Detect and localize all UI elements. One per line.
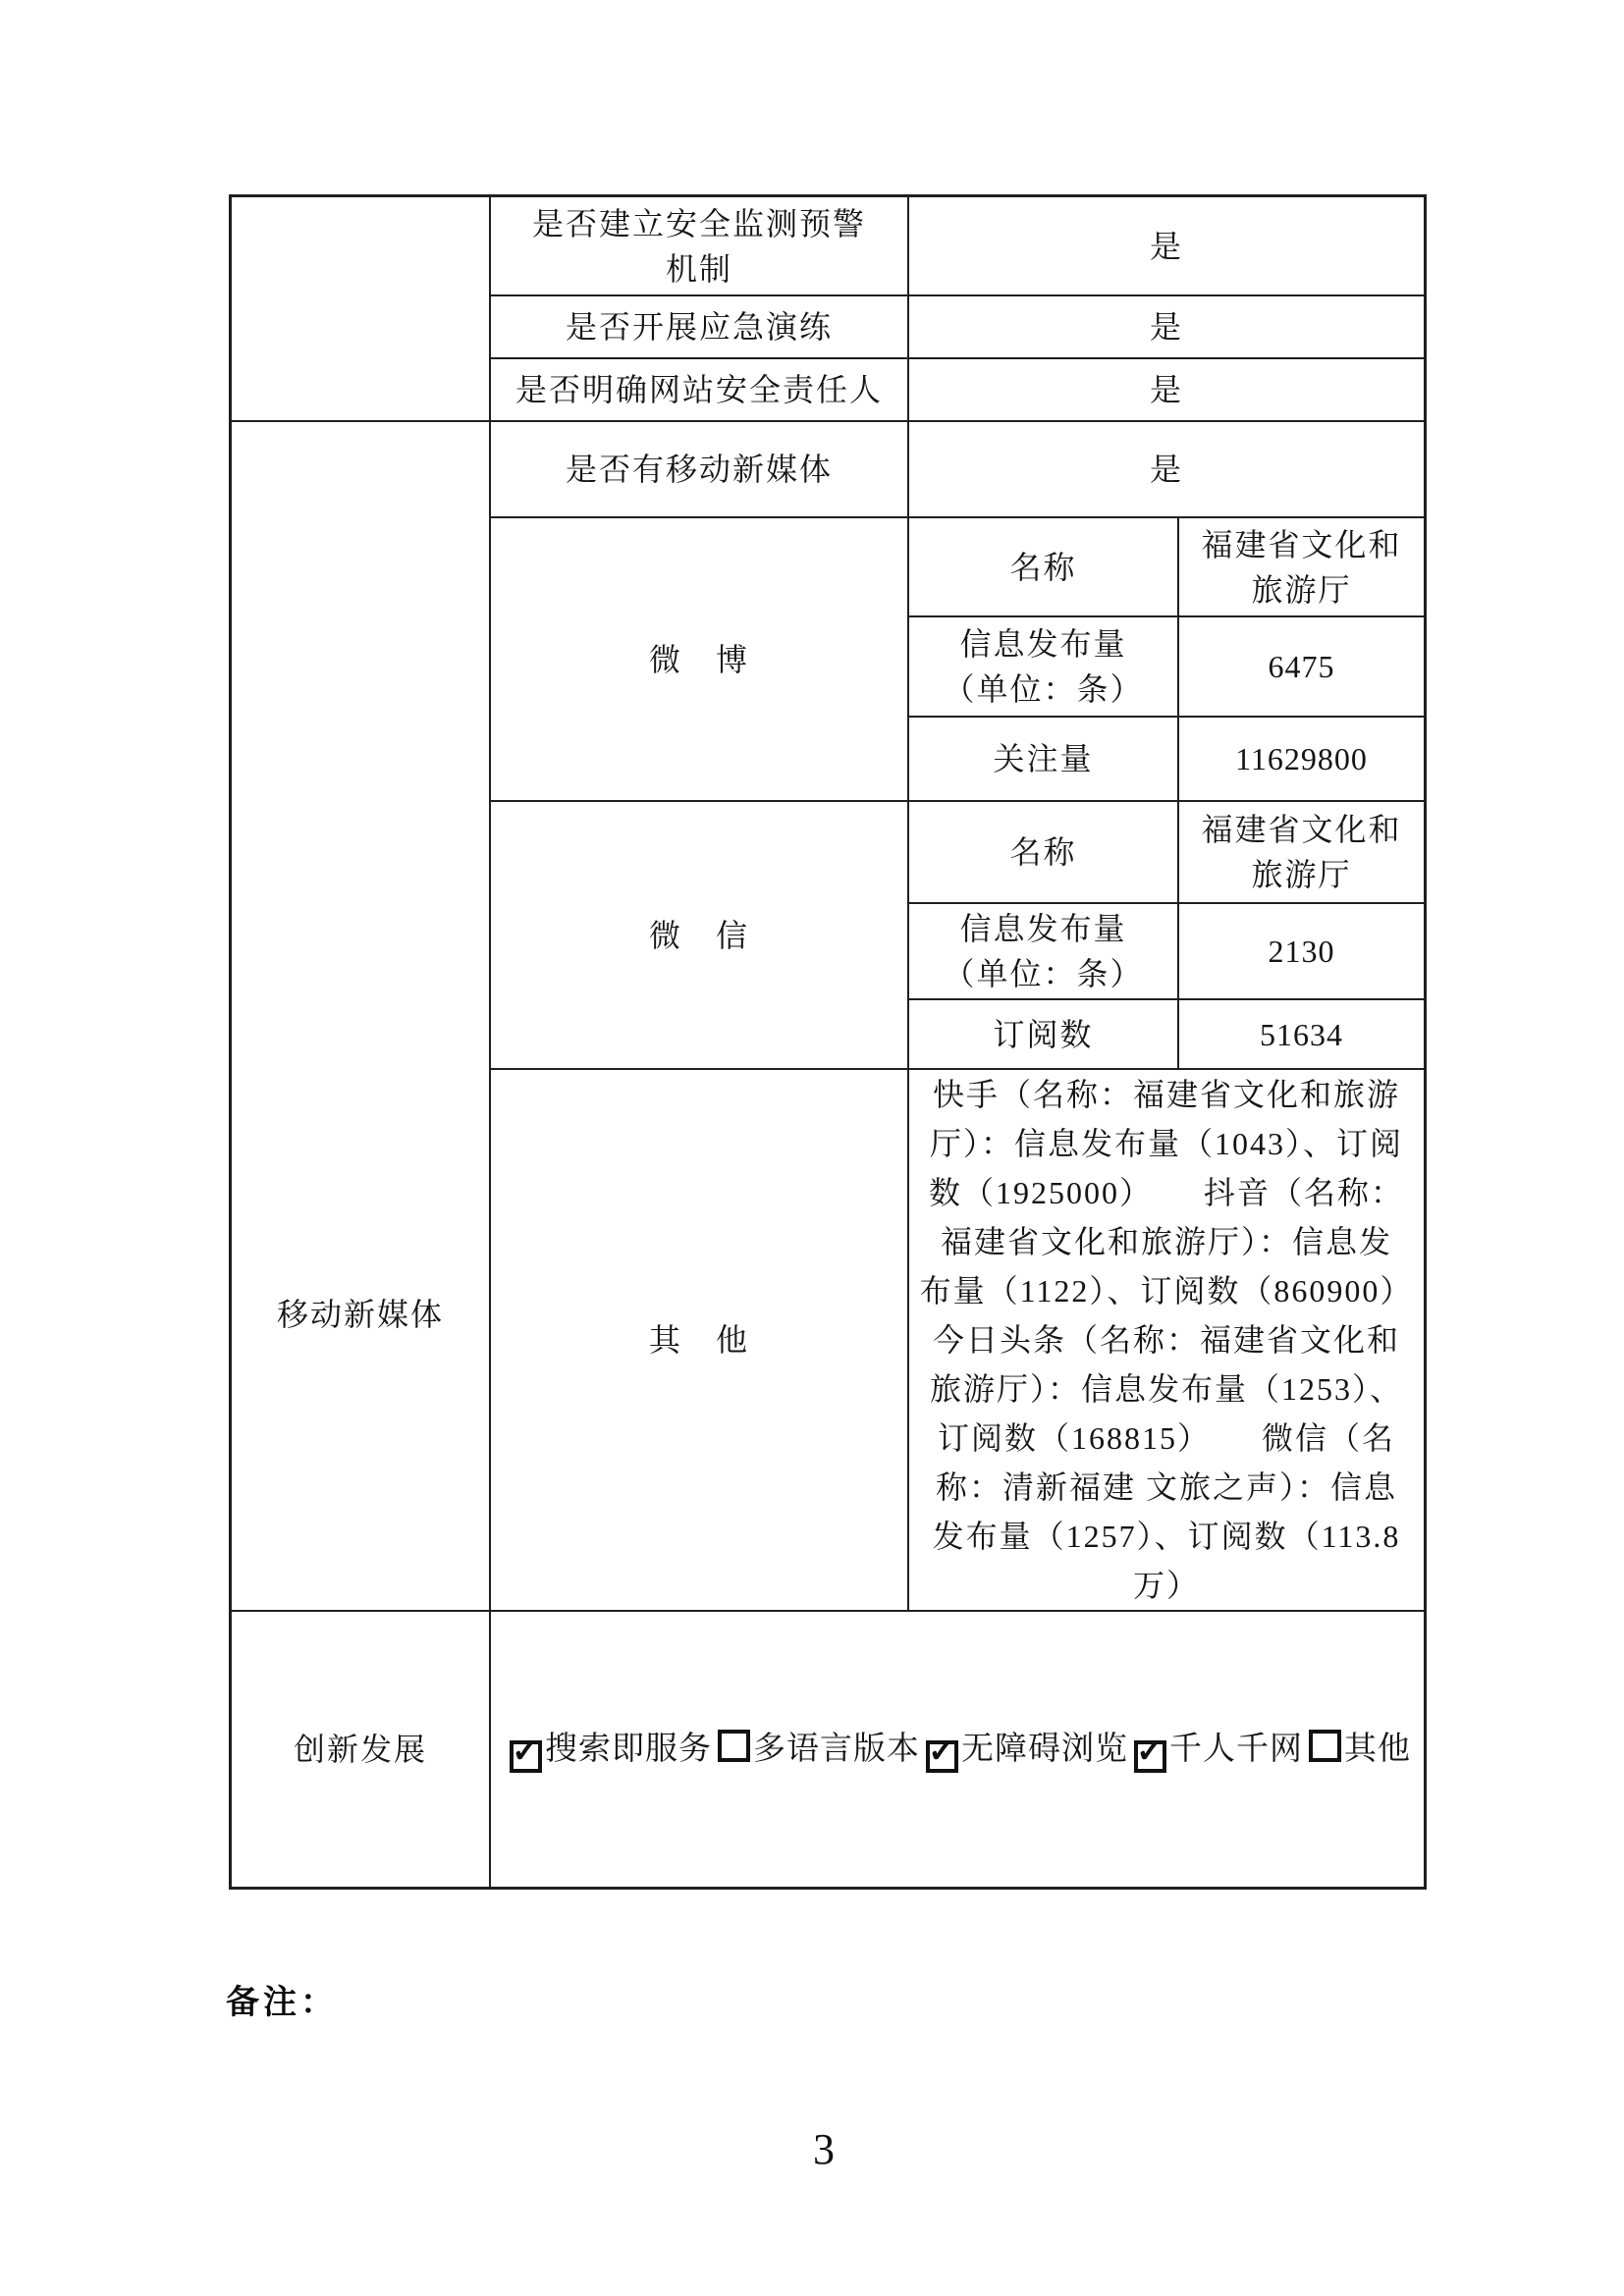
innovation-label: 创新发展 [232, 1612, 491, 1887]
innovation-option-label: 其他 [1344, 1727, 1411, 1772]
security-answer-responsible-person: 是 [909, 359, 1424, 422]
security-answer-monitoring: 是 [909, 197, 1424, 296]
has-mobile-media-question: 是否有移动新媒体 [491, 422, 909, 518]
remark-label: 备注： [226, 1975, 338, 2023]
security-question-monitoring: 是否建立安全监测预警 机制 [491, 197, 909, 296]
section-label-mobile-media: 移动新媒体 [232, 422, 491, 1612]
other-platforms-label: 其 他 [491, 1070, 909, 1612]
mobile-media-label-text: 移动新媒体 [277, 1292, 444, 1337]
weibo-name-label: 名称 [909, 518, 1179, 617]
security-question-drill: 是否开展应急演练 [491, 296, 909, 359]
weibo-posts-label: 信息发布量 （单位：条） [909, 617, 1179, 718]
report-table: 是否建立安全监测预警 机制 是 是否开展应急演练 是 是否明确网站安全责任人 是… [229, 194, 1427, 1890]
wechat-name-value: 福建省文化和 旅游厅 [1179, 802, 1424, 904]
wechat-group-label: 微 信 [491, 802, 909, 1070]
document-page: 是否建立安全监测预警 机制 是 是否开展应急演练 是 是否明确网站安全责任人 是… [0, 0, 1624, 2296]
innovation-options: ✓搜索即服务多语言版本✓无障碍浏览✓千人千网其他 [504, 1727, 1411, 1773]
empty-section-cell [232, 197, 491, 422]
innovation-options-row: ✓搜索即服务多语言版本✓无障碍浏览✓千人千网其他 [491, 1612, 1424, 1887]
checkbox-checked-icon: ✓ [926, 1740, 958, 1773]
wechat-name-label: 名称 [909, 802, 1179, 904]
weibo-group-label: 微 博 [491, 518, 909, 802]
wechat-subscribers-label: 订阅数 [909, 1000, 1179, 1070]
other-platforms-content: 快手（名称：福建省文化和旅游 厅）：信息发布量（1043）、订阅 数（19250… [909, 1070, 1424, 1612]
weibo-followers-label: 关注量 [909, 718, 1179, 802]
weibo-name-value: 福建省文化和 旅游厅 [1179, 518, 1424, 617]
wechat-posts-value: 2130 [1179, 904, 1424, 1000]
innovation-option-label: 搜索即服务 [545, 1727, 712, 1772]
checkbox-checked-icon: ✓ [1134, 1740, 1166, 1773]
checkbox-unchecked-icon [1309, 1730, 1341, 1762]
innovation-option-label: 无障碍浏览 [961, 1727, 1128, 1772]
wechat-posts-label: 信息发布量 （单位：条） [909, 904, 1179, 1000]
wechat-subscribers-value: 51634 [1179, 1000, 1424, 1070]
checkbox-unchecked-icon [718, 1730, 750, 1762]
checkbox-checked-icon: ✓ [510, 1740, 542, 1773]
page-number: 3 [0, 2124, 1624, 2174]
innovation-option-label: 多语言版本 [753, 1727, 920, 1772]
has-mobile-media-answer: 是 [909, 422, 1424, 518]
security-question-responsible-person: 是否明确网站安全责任人 [491, 359, 909, 422]
weibo-posts-value: 6475 [1179, 617, 1424, 718]
security-answer-drill: 是 [909, 296, 1424, 359]
weibo-followers-value: 11629800 [1179, 718, 1424, 802]
innovation-option-label: 千人千网 [1169, 1727, 1303, 1772]
